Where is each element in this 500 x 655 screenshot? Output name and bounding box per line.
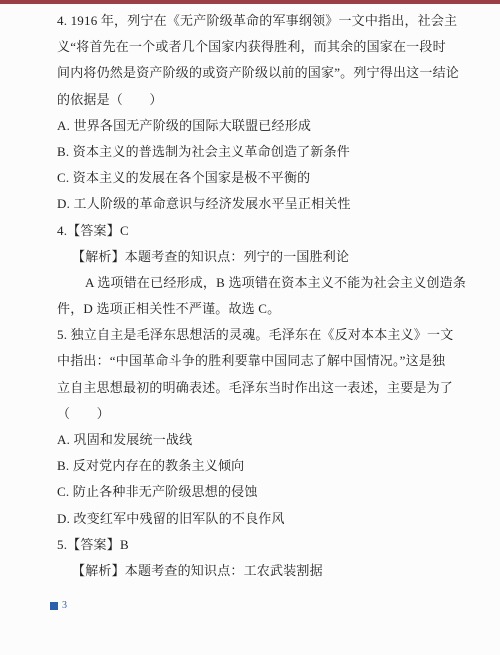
page-footer: 3 bbox=[50, 601, 67, 611]
text-line: C. 资本主义的发展在各个国家是极不平衡的 bbox=[57, 165, 457, 191]
text-line: 4.【答案】C bbox=[57, 218, 457, 244]
text-line: 中指出：“中国革命斗争的胜利要靠中国同志了解中国情况。”这是独 bbox=[57, 348, 457, 374]
top-accent-bar bbox=[0, 0, 500, 4]
text-line: 【解析】本题考查的知识点：工农武装割据 bbox=[57, 558, 457, 584]
footer-square-icon bbox=[50, 602, 58, 610]
text-line: 【解析】本题考查的知识点：列宁的一国胜利论 bbox=[57, 244, 457, 270]
text-line: B. 资本主义的普选制为社会主义革命创造了新条件 bbox=[57, 139, 457, 165]
text-line: 5.【答案】B bbox=[57, 532, 457, 558]
text-line: 义“将首先在一个或者几个国家内获得胜利，而其余的国家在一段时 bbox=[57, 34, 457, 60]
page-number: 3 bbox=[62, 601, 67, 611]
text-line: A. 巩固和发展统一战线 bbox=[57, 427, 457, 453]
text-line: 件，D 选项正相关性不严谨。故选 C。 bbox=[57, 296, 457, 322]
text-line: B. 反对党内存在的教条主义倾向 bbox=[57, 453, 457, 479]
document-body: 4. 1916 年，列宁在《无产阶级革命的军事纲领》一文中指出，社会主义“将首先… bbox=[57, 8, 457, 584]
text-line: D. 改变红军中残留的旧军队的不良作风 bbox=[57, 506, 457, 532]
document-page: 4. 1916 年，列宁在《无产阶级革命的军事纲领》一文中指出，社会主义“将首先… bbox=[0, 0, 500, 655]
text-line: （ ） bbox=[57, 401, 457, 427]
text-line: C. 防止各种非无产阶级思想的侵蚀 bbox=[57, 479, 457, 505]
text-line: 5. 独立自主是毛泽东思想活的灵魂。毛泽东在《反对本本主义》一文 bbox=[57, 322, 457, 348]
text-line: D. 工人阶级的革命意识与经济发展水平呈正相关性 bbox=[57, 191, 457, 217]
text-line: 4. 1916 年，列宁在《无产阶级革命的军事纲领》一文中指出，社会主 bbox=[57, 8, 457, 34]
text-line: A 选项错在已经形成，B 选项错在资本主义不能为社会主义创造条 bbox=[57, 270, 457, 296]
text-line: 立自主思想最初的明确表述。毛泽东当时作出这一表述，主要是为了 bbox=[57, 375, 457, 401]
text-line: 的依据是（ ） bbox=[57, 87, 457, 113]
text-line: 间内将仍然是资产阶级的或资产阶级以前的国家”。列宁得出这一结论 bbox=[57, 60, 457, 86]
text-line: A. 世界各国无产阶级的国际大联盟已经形成 bbox=[57, 113, 457, 139]
